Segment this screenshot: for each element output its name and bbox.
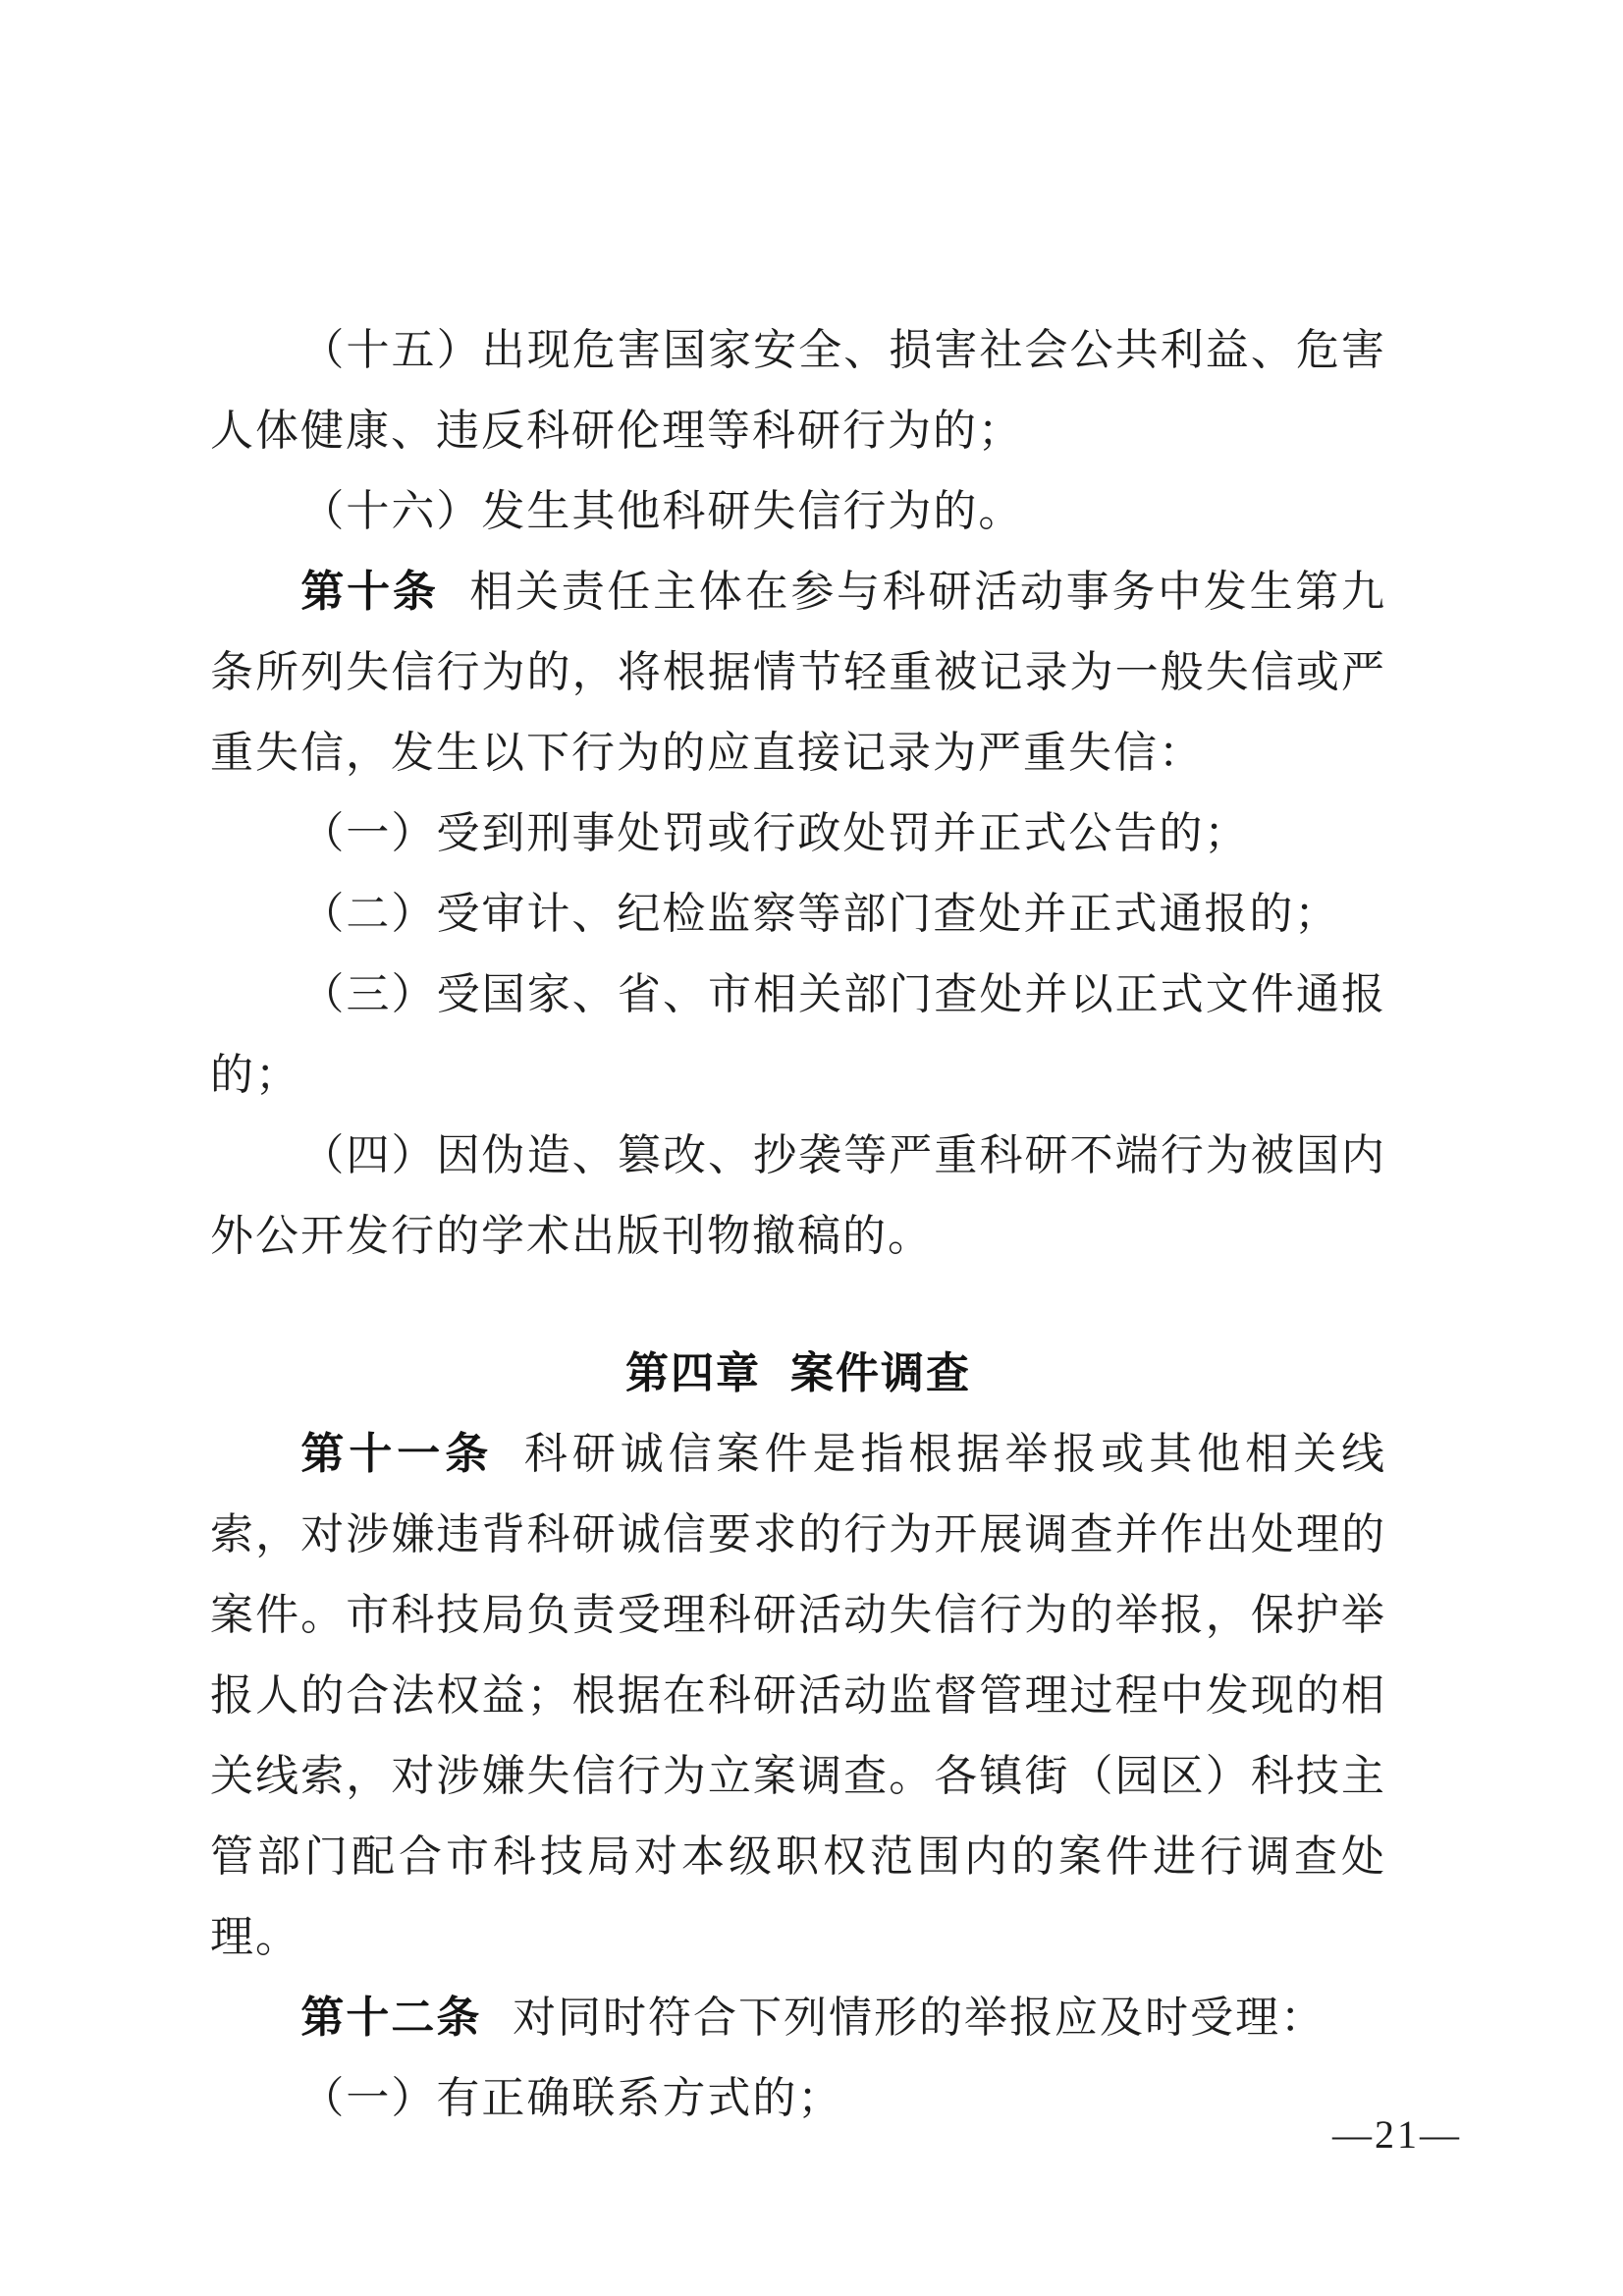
paragraph-text: 对同时符合下列情形的举报应及时受理：	[513, 1994, 1325, 2042]
chapter-title: 案件调查	[790, 1349, 971, 1397]
paragraph-text: （一）受到刑事处罚或行政处罚并正式公告的；	[300, 809, 1249, 857]
paragraph-text: （二）受审计、纪检监察等部门查处并正式通报的；	[300, 890, 1339, 938]
clause-item-3: （三）受国家、省、市相关部门查处并以正式文件通报的；	[210, 955, 1386, 1116]
article-number: 第十一条	[300, 1430, 493, 1478]
paragraph-text: （十五）出现危害国家安全、损害社会公共利益、危害人体健康、违反科研伦理等科研行为…	[210, 326, 1386, 455]
article-number: 第十条	[300, 568, 438, 616]
paragraph-text: （一）有正确联系方式的；	[300, 2074, 842, 2122]
article-12-paragraph: 第十二条对同时符合下列情形的举报应及时受理：	[210, 1978, 1386, 2058]
chapter-heading: 第四章案件调查	[210, 1334, 1386, 1414]
article-10-paragraph: 第十条相关责任主体在参与科研活动事务中发生第九条所列失信行为的，将根据情节轻重被…	[210, 552, 1386, 793]
paragraph-text: （四）因伪造、篡改、抄袭等严重科研不端行为被国内外公开发行的学术出版刊物撤稿的。	[210, 1131, 1386, 1260]
clause-item-1: （一）受到刑事处罚或行政处罚并正式公告的；	[210, 793, 1386, 874]
paragraph-text: 科研诚信案件是指根据举报或其他相关线索，对涉嫌违背科研诚信要求的行为开展调查并作…	[210, 1430, 1386, 1961]
chapter-number: 第四章	[625, 1349, 761, 1397]
article-11-paragraph: 第十一条科研诚信案件是指根据举报或其他相关线索，对涉嫌违背科研诚信要求的行为开展…	[210, 1414, 1386, 1978]
page-number: —21—	[1332, 2113, 1462, 2157]
list-item-15: （十五）出现危害国家安全、损害社会公共利益、危害人体健康、违反科研伦理等科研行为…	[210, 310, 1386, 471]
list-item-16: （十六）发生其他科研失信行为的。	[210, 471, 1386, 552]
clause-item-1b: （一）有正确联系方式的；	[210, 2058, 1386, 2139]
paragraph-text: （十六）发生其他科研失信行为的。	[300, 487, 1023, 535]
article-number: 第十二条	[300, 1994, 481, 2042]
document-page: （十五）出现危害国家安全、损害社会公共利益、危害人体健康、违反科研伦理等科研行为…	[0, 0, 1623, 2296]
clause-item-4: （四）因伪造、篡改、抄袭等严重科研不端行为被国内外公开发行的学术出版刊物撤稿的。	[210, 1116, 1386, 1277]
document-body: （十五）出现危害国家安全、损害社会公共利益、危害人体健康、违反科研伦理等科研行为…	[210, 310, 1386, 2139]
paragraph-text: （三）受国家、省、市相关部门查处并以正式文件通报的；	[210, 970, 1386, 1099]
clause-item-2: （二）受审计、纪检监察等部门查处并正式通报的；	[210, 874, 1386, 955]
